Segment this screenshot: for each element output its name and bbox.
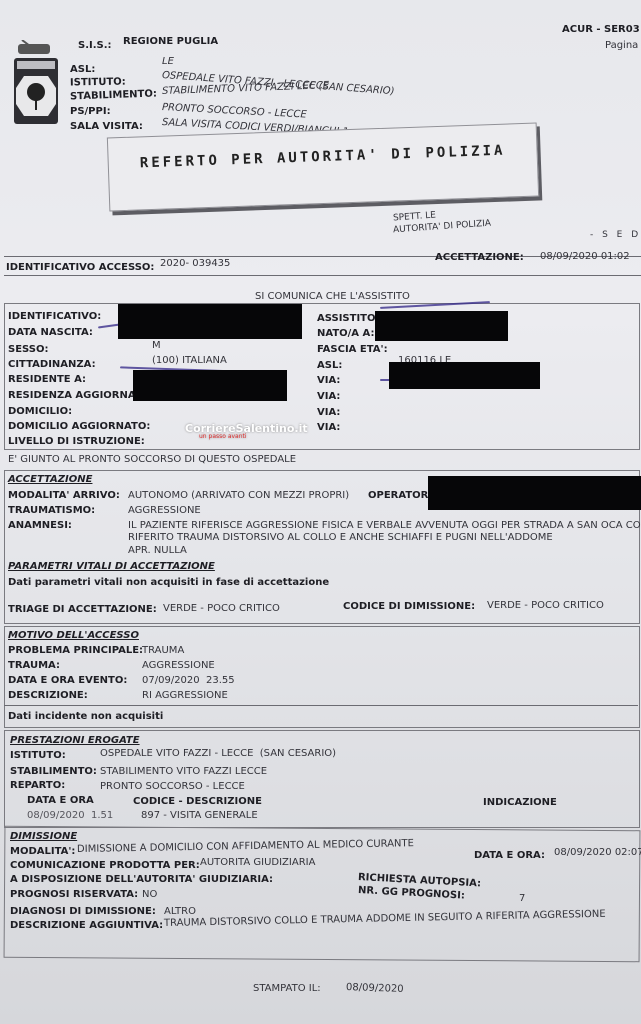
header-sala-label: SALA VISITA:	[70, 121, 143, 132]
redacted-block	[118, 304, 302, 339]
patient-residence-label: RESIDENTE A:	[8, 374, 86, 385]
patient-via-4-label: VIA:	[317, 422, 340, 433]
communication-label: COMUNICAZIONE PRODOTTA PER:	[10, 860, 200, 871]
acceptance-section-title: ACCETTAZIONE	[8, 474, 92, 485]
judicial-disposal-label: A DISPOSIZIONE DELL'AUTORITA' GIUDIZIARI…	[10, 874, 273, 885]
anamnesis-line-1: IL PAZIENTE RIFERISCE AGGRESSIONE FISICA…	[128, 520, 641, 531]
operator-label: OPERATORE	[368, 490, 435, 501]
description-value: RI AGGRESSIONE	[142, 690, 228, 701]
header-asl-label: ASL:	[70, 64, 95, 75]
main-problem-value: TRAUMA	[142, 645, 184, 656]
patient-age-range-label: FASCIA ETA':	[317, 344, 388, 355]
vitals-note: Dati parametri vitali non acquisiti in f…	[8, 577, 329, 588]
title-box: REFERTO PER AUTORITA' DI POLIZIA	[107, 123, 539, 212]
patient-birthplace-label: NATO/A A:	[317, 328, 374, 339]
patient-domicile-label: DOMICILIO:	[8, 406, 72, 417]
header-asl-value: LE	[162, 56, 174, 67]
discharge-datetime-value: 08/09/2020 02:07	[554, 847, 641, 858]
services-section-title: PRESTAZIONI EROGATE	[10, 735, 140, 746]
redacted-block	[428, 476, 641, 510]
patient-via-2-label: VIA:	[317, 391, 340, 402]
services-department-value: PRONTO SOCCORSO - LECCE	[100, 781, 245, 792]
discharge-diagnosis-label: DIAGNOSI DI DIMISSIONE:	[10, 906, 156, 917]
reserved-prognosis-value: NO	[142, 889, 157, 900]
access-id-label: IDENTIFICATIVO ACCESSO:	[6, 262, 154, 273]
main-problem-label: PROBLEMA PRINCIPALE:	[8, 645, 143, 656]
services-col-indication: INDICAZIONE	[483, 797, 557, 808]
trauma-value: AGGRESSIONE	[142, 660, 215, 671]
regione-puglia-coat-of-arms-icon	[12, 40, 62, 126]
triage-label: TRIAGE DI ACCETTAZIONE:	[8, 604, 157, 615]
divider	[4, 275, 641, 276]
discharge-code-label: CODICE DI DIMISSIONE:	[343, 601, 475, 612]
patient-citizenship-value: (100) ITALIANA	[152, 355, 227, 366]
discharge-diagnosis-value: ALTRO	[164, 906, 196, 917]
services-row-code: 897 - VISITA GENERALE	[141, 810, 258, 821]
printed-on-label: STAMPATO IL:	[253, 983, 321, 994]
sis-value: REGIONE PUGLIA	[123, 36, 218, 47]
discharge-section-title: DIMISSIONE	[10, 831, 77, 842]
patient-birthdate-label: DATA NASCITA:	[8, 327, 93, 338]
discharge-code-value: VERDE - POCO CRITICO	[487, 600, 604, 611]
anamnesis-line-2: RIFERITO TRAUMA DISTORSIVO AL COLLO E AN…	[128, 532, 553, 543]
reason-section-title: MOTIVO DELL'ACCESSO	[8, 630, 139, 641]
patient-assistito-label: ASSISTITO	[317, 313, 375, 324]
triage-value: VERDE - POCO CRITICO	[163, 603, 280, 614]
additional-description-label: DESCRIZIONE AGGIUNTIVA:	[10, 920, 163, 931]
patient-id-label: IDENTIFICATIVO:	[8, 311, 101, 322]
police-report-document: S.I.S.: REGIONE PUGLIA ACUR - SER03 Pagi…	[0, 0, 641, 1024]
redacted-block	[389, 362, 540, 389]
arrival-mode-value: AUTONOMO (ARRIVATO CON MEZZI PROPRI)	[128, 490, 349, 501]
acceptance-label: ACCETTAZIONE:	[435, 252, 524, 263]
arrival-mode-label: MODALITA' ARRIVO:	[8, 490, 120, 501]
page-label: Pagina	[605, 40, 638, 51]
patient-sex-value: M	[152, 340, 161, 351]
discharge-datetime-label: DATA E ORA:	[474, 850, 545, 861]
incident-note: Dati incidente non acquisiti	[8, 711, 163, 722]
access-id-value: 2020- 039435	[160, 258, 230, 269]
vitals-section-title: PARAMETRI VITALI DI ACCETTAZIONE	[8, 561, 215, 572]
reserved-prognosis-label: PROGNOSI RISERVATA:	[10, 889, 138, 900]
redacted-block	[133, 370, 287, 401]
document-title: REFERTO PER AUTORITA' DI POLIZIA	[109, 142, 537, 173]
event-datetime-label: DATA E ORA EVENTO:	[8, 675, 127, 686]
header-istituto-label: ISTITUTO:	[70, 77, 126, 89]
services-institute-value: OSPEDALE VITO FAZZI - LECCE (SAN CESARIO…	[100, 748, 336, 759]
patient-education-label: LIVELLO DI ISTRUZIONE:	[8, 436, 145, 447]
patient-citizenship-label: CITTADINANZA:	[8, 359, 96, 370]
services-institute-label: ISTITUTO:	[10, 750, 66, 761]
anamnesis-line-3: APR. NULLA	[128, 545, 187, 556]
recipient-line1: SPETT. LE	[393, 211, 437, 224]
patient-via-3-label: VIA:	[317, 407, 340, 418]
patient-intro: SI COMUNICA CHE L'ASSISTITO	[255, 291, 410, 302]
prognosis-days-value: 7	[519, 893, 525, 904]
event-datetime-value: 07/09/2020 23.55	[142, 675, 235, 686]
patient-via-1-label: VIA:	[317, 375, 340, 386]
acceptance-value: 08/09/2020 01:02	[540, 251, 630, 262]
patient-asl-label: ASL:	[317, 360, 342, 371]
services-col-datetime: DATA E ORA	[27, 795, 94, 806]
trauma-label: TRAUMA:	[8, 660, 60, 671]
header-psppi-label: PS/PPI:	[70, 106, 111, 117]
patient-updated-residence-label: RESIDENZA AGGIORNATA:	[8, 390, 153, 401]
description-label: DESCRIZIONE:	[8, 690, 88, 701]
document-code: ACUR - SER03	[562, 24, 640, 35]
patient-updated-domicile-label: DOMICILIO AGGIORNATO:	[8, 421, 150, 432]
redacted-block	[375, 311, 508, 341]
services-row-datetime: 08/09/2020 1.51	[27, 810, 113, 821]
services-department-label: REPARTO:	[10, 780, 65, 791]
arrival-note: E' GIUNTO AL PRONTO SOCCORSO DI QUESTO O…	[8, 454, 296, 465]
header-stabilimento-label: STABILIMENTO:	[70, 88, 157, 102]
services-facility-label: STABILIMENTO:	[10, 766, 97, 777]
printed-on-value: 08/09/2020	[346, 982, 404, 995]
communication-value: AUTORITA GIUDIZIARIA	[200, 857, 315, 868]
trauma-type-label: TRAUMATISMO:	[8, 505, 95, 516]
anamnesis-label: ANAMNESI:	[8, 520, 72, 531]
services-facility-value: STABILIMENTO VITO FAZZI LECCE	[100, 766, 267, 777]
watermark: CorriereSalentino.it un passo avanti	[185, 422, 308, 440]
recipient-sede: - S E D	[590, 230, 641, 240]
trauma-type-value: AGGRESSIONE	[128, 505, 201, 516]
divider	[4, 705, 638, 706]
sis-label: S.I.S.:	[78, 40, 112, 51]
patient-sex-label: SESSO:	[8, 344, 49, 355]
services-col-code: CODICE - DESCRIZIONE	[133, 796, 262, 807]
discharge-mode-label: MODALITA':	[10, 846, 75, 857]
